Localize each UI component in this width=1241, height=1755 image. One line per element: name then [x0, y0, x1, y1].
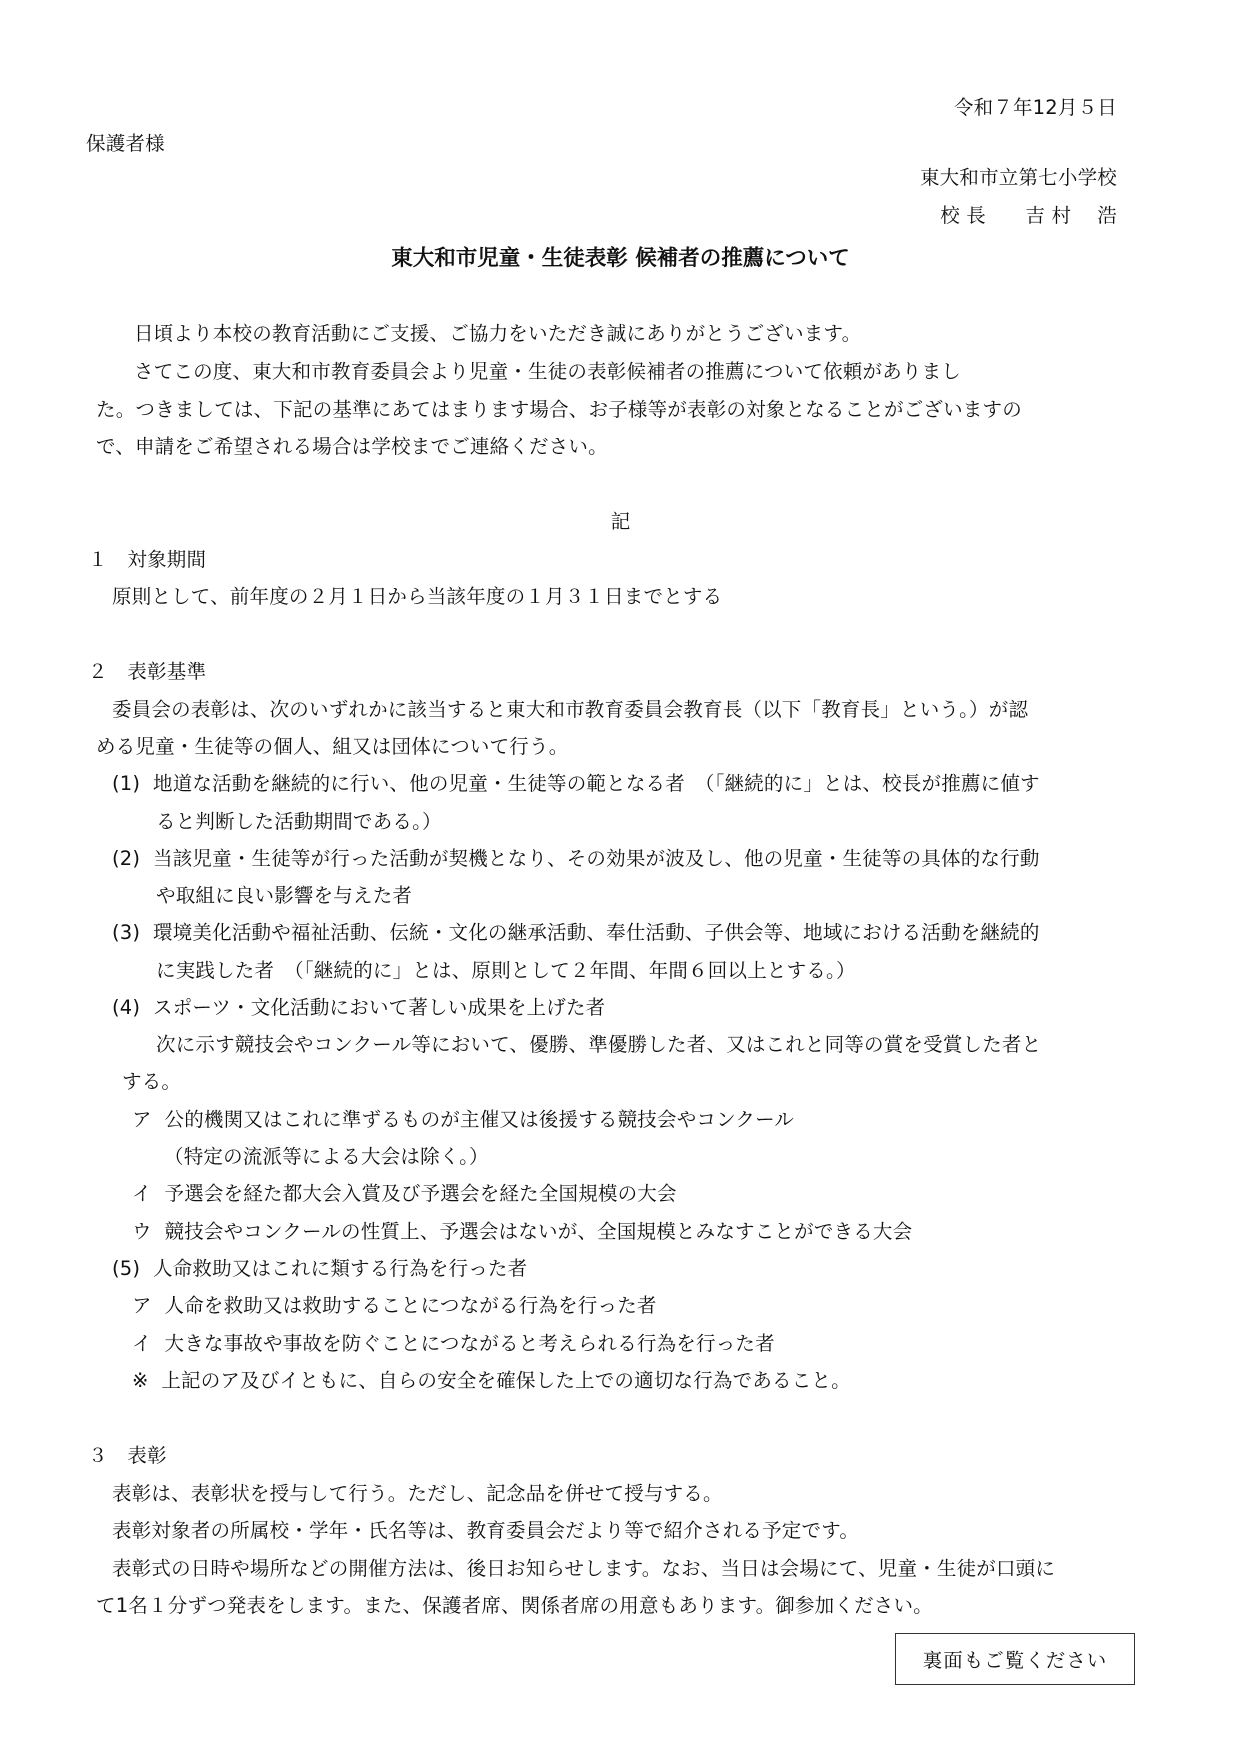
criteria-item-5: (5) 人命救助又はこれに類する行為を行った者: [112, 1255, 527, 1283]
sender-principal: 校 長 吉 村 浩: [940, 202, 1117, 230]
see-reverse-side-box: 裏面もご覧ください: [895, 1633, 1135, 1685]
criteria-item-3: (3) 環境美化活動や福祉活動、伝統・文化の継承活動、奉仕活動、子供会等、地域に…: [112, 919, 1040, 947]
criteria-4-sub-a-note: （特定の流派等による大会は除く。）: [164, 1143, 489, 1171]
criteria-item-2: (2) 当該児童・生徒等が行った活動が契機となり、その効果が波及し、他の児童・生…: [112, 845, 1040, 873]
criteria-item-1-cont: ると判断した活動期間である。）: [156, 808, 442, 836]
document-title: 東大和市児童・生徒表彰 候補者の推薦について: [0, 244, 1241, 274]
criteria-item-4: (4) スポーツ・文化活動において著しい成果を上げた者: [112, 994, 605, 1022]
section-3-line: 表彰対象者の所属校・学年・氏名等は、教育委員会だより等で紹介される予定です。: [112, 1517, 859, 1545]
section-2-lead: める児童・生徒等の個人、組又は団体について行う。: [96, 733, 568, 761]
criteria-item-4-desc: 次に示す競技会やコンクール等において、優勝、準優勝した者、又はこれと同等の賞を受…: [156, 1031, 1041, 1059]
intro-line: 日頃より本校の教育活動にご支援、ご協力をいただき誠にありがとうございます。: [134, 320, 861, 348]
recipient: 保護者様: [86, 130, 165, 158]
intro-line: で、申請をご希望される場合は学校までご連絡ください。: [96, 433, 608, 461]
section-3-line: 表彰式の日時や場所などの開催方法は、後日お知らせします。なお、当日は会場にて、児…: [112, 1555, 1055, 1583]
intro-line: さてこの度、東大和市教育委員会より児童・生徒の表彰候補者の推薦について依頼があり…: [134, 358, 961, 386]
section-2-heading: ２ 表彰基準: [88, 658, 206, 686]
criteria-item-1: (1) 地道な活動を継続的に行い、他の児童・生徒等の範となる者 （「継続的に」と…: [112, 770, 1040, 798]
section-3-line: 表彰は、表彰状を授与して行う。ただし、記念品を併せて授与する。: [112, 1480, 723, 1508]
criteria-5-sub-a: ア 人命を救助又は救助することにつながる行為を行った者: [132, 1292, 657, 1320]
section-1-body: 原則として、前年度の２月１日から当該年度の１月３１日までとする: [112, 583, 722, 611]
section-3-heading: ３ 表彰: [88, 1442, 167, 1470]
criteria-item-4-desc-cont: する。: [122, 1068, 181, 1096]
ki-heading: 記: [0, 508, 1241, 536]
document-page: 令和７年12月５日 保護者様 東大和市立第七小学校 校 長 吉 村 浩 東大和市…: [0, 0, 1241, 1755]
criteria-item-3-cont: に実践した者 （「継続的に」とは、原則として２年間、年間６回以上とする。）: [156, 957, 856, 985]
document-date: 令和７年12月５日: [954, 94, 1117, 122]
criteria-5-note: ※ 上記のア及びイともに、自らの安全を確保した上での適切な行為であること。: [132, 1367, 851, 1395]
intro-line: た。つきましては、下記の基準にあてはまります場合、お子様等が表彰の対象となること…: [96, 396, 1022, 424]
section-2-lead: 委員会の表彰は、次のいずれかに該当すると東大和市教育委員会教育長（以下「教育長」…: [112, 696, 1028, 724]
criteria-item-2-cont: や取組に良い影響を与えた者: [156, 882, 412, 910]
criteria-4-sub-u: ウ 競技会やコンクールの性質上、予選会はないが、全国規模とみなすことができる大会: [132, 1218, 912, 1246]
sender-school: 東大和市立第七小学校: [920, 164, 1117, 192]
section-1-heading: １ 対象期間: [88, 546, 206, 574]
criteria-5-sub-i: イ 大きな事故や事故を防ぐことにつながると考えられる行為を行った者: [132, 1330, 775, 1358]
section-3-line: て1名１分ずつ発表をします。また、保護者席、関係者席の用意もあります。御参加くだ…: [96, 1592, 933, 1620]
criteria-4-sub-i: イ 予選会を経た都大会入賞及び予選会を経た全国規模の大会: [132, 1180, 677, 1208]
criteria-4-sub-a: ア 公的機関又はこれに準ずるものが主催又は後援する競技会やコンクール: [132, 1106, 794, 1134]
